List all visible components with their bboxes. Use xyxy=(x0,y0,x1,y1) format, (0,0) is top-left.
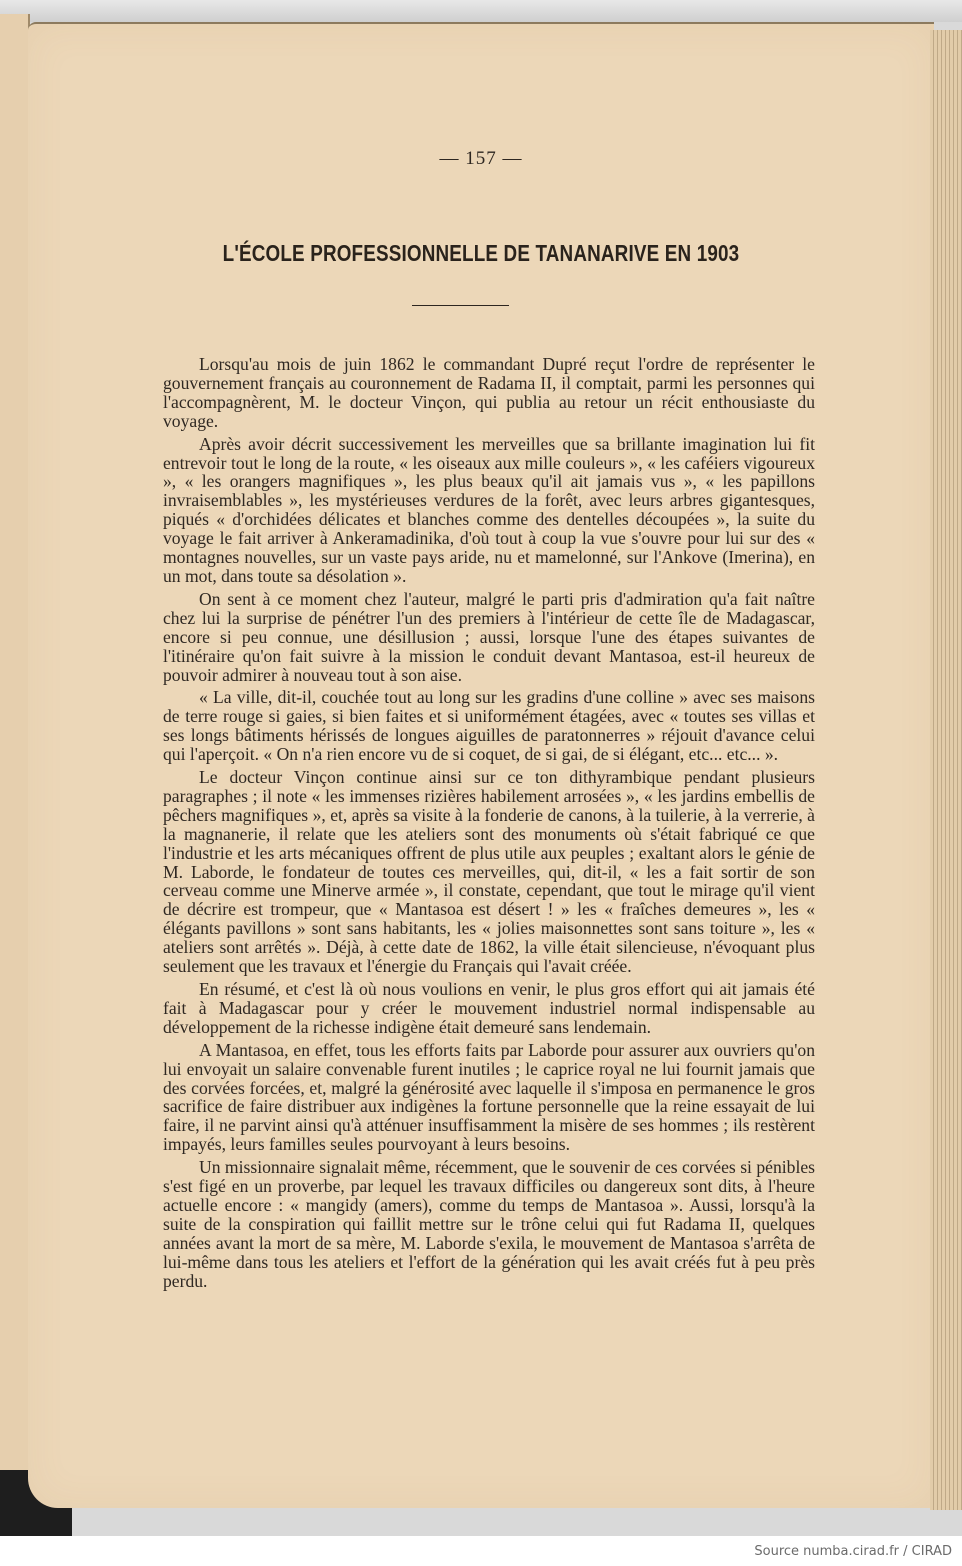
source-credit: Source numba.cirad.fr / CIRAD xyxy=(754,1544,952,1559)
page-number: — 157 — xyxy=(0,148,962,170)
paragraph: Le docteur Vinçon continue ainsi sur ce … xyxy=(163,768,815,976)
article-title: L'ÉCOLE PROFESSIONNELLE DE TANANARIVE EN… xyxy=(87,240,876,267)
paragraph: Un missionnaire signalait même, récemmen… xyxy=(163,1158,815,1290)
paragraph: « La ville, dit-il, couchée tout au long… xyxy=(163,688,815,764)
article-body: Lorsqu'au mois de juin 1862 le commandan… xyxy=(163,355,815,1295)
page-stack-edge xyxy=(930,30,962,1510)
paragraph: En résumé, et c'est là où nous voulions … xyxy=(163,980,815,1037)
paragraph: On sent à ce moment chez l'auteur, malgr… xyxy=(163,590,815,685)
paragraph: Après avoir décrit successivement les me… xyxy=(163,435,815,586)
title-divider xyxy=(412,305,509,306)
scanned-book-image: — 157 — L'ÉCOLE PROFESSIONNELLE DE TANAN… xyxy=(0,0,962,1536)
paragraph: A Mantasoa, en effet, tous les efforts f… xyxy=(163,1041,815,1154)
left-page-edge xyxy=(0,14,30,1484)
paragraph: Lorsqu'au mois de juin 1862 le commandan… xyxy=(163,355,815,431)
scan-background-top xyxy=(0,0,962,22)
